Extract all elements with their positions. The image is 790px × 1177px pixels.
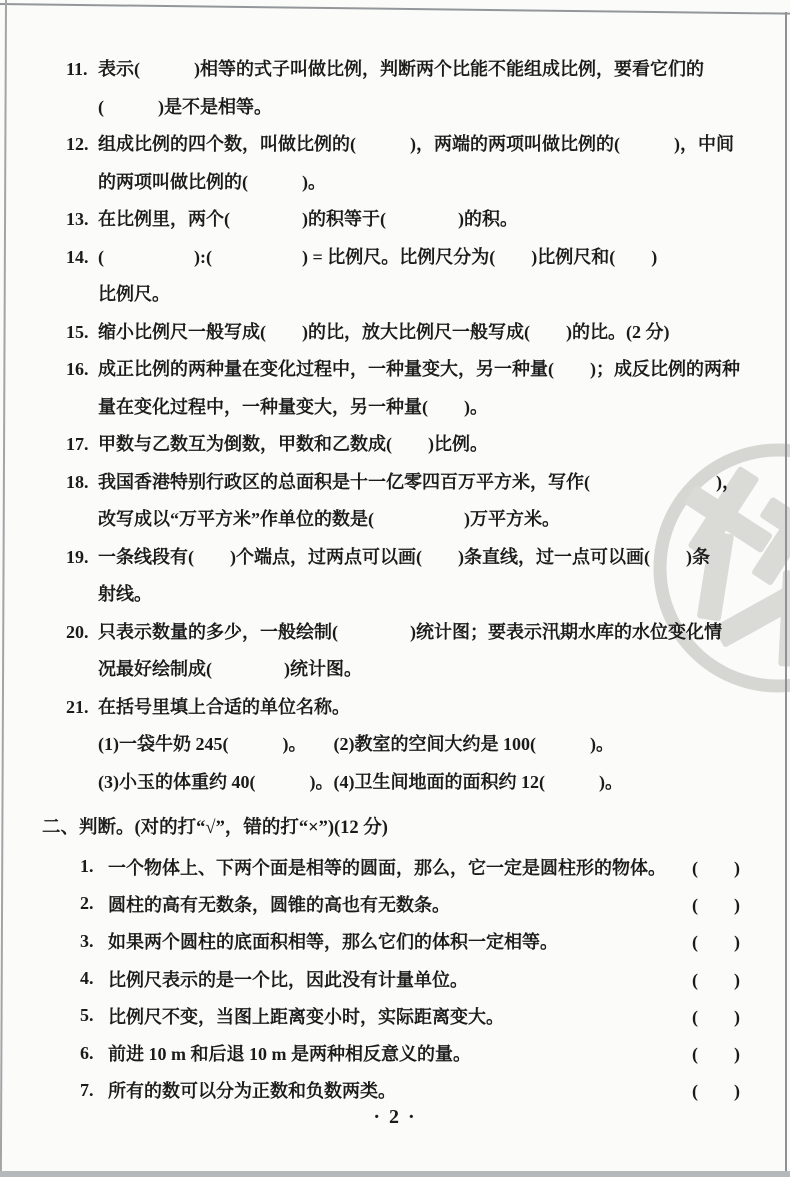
item-text: 如果两个圆柱的底面积相等，那么它们的体积一定相等。 [108, 928, 692, 954]
question-number: 11. [66, 51, 88, 89]
judgment-section-heading: 二、判断。(对的打“√”，错的打“×”)(12 分) [0, 809, 790, 848]
fill-question-12: 12. 组成比例的四个数，叫做比例的( )，两端的两项叫做比例的( )，中间 的… [0, 126, 790, 201]
exam-page: { "page": { "page_number": "· 2 ·", "pap… [0, 0, 790, 1177]
fill-question-15: 15. 缩小比例尺一般写成( )的比，放大比例尺一般写成( )的比。(2 分) [0, 314, 790, 352]
item-text: 所有的数可以分为正数和负数两类。 [108, 1077, 692, 1103]
question-line: 在比例里，两个( )的积等于( )的积。 [98, 201, 790, 239]
question-line: (3)小玉的体重约 40( )。(4)卫生间地面的面积约 12( )。 [98, 764, 790, 802]
question-number: 12. [66, 126, 89, 164]
fill-question-17: 17. 甲数与乙数互为倒数，甲数和乙数成( )比例。 [0, 426, 790, 464]
judgment-item-1: 1. 一个物体上、下两个面是相等的圆面，那么，它一定是圆柱形的物体。 ( ) [0, 848, 790, 885]
question-line: 改写成以“万平方米”作单位的数是( )万平方米。 [98, 501, 790, 539]
question-number: 18. [66, 464, 89, 502]
question-line: 组成比例的四个数，叫做比例的( )，两端的两项叫做比例的( )，中间 [98, 126, 790, 164]
judgment-item-2: 2. 圆柱的高有无数条，圆锥的高也有无数条。 ( ) [0, 885, 790, 922]
answer-blank: ( ) [692, 966, 740, 992]
item-text: 一个物体上、下两个面是相等的圆面，那么，它一定是圆柱形的物体。 [108, 854, 692, 880]
page-edge-bottom-strip [0, 1171, 790, 1177]
fill-question-14: 14. ( ):( ) = 比例尺。比例尺分为( )比例尺和( ) 比例尺。 [0, 239, 790, 314]
fill-question-11: 11. 表示( )相等的式子叫做比例，判断两个比能不能组成比例，要看它们的 ( … [0, 51, 790, 126]
judgment-item-4: 4. 比例尺表示的是一个比，因此没有计量单位。 ( ) [0, 960, 790, 997]
question-line: 表示( )相等的式子叫做比例，判断两个比能不能组成比例，要看它们的 [98, 51, 790, 89]
answer-blank: ( ) [692, 1040, 740, 1066]
answer-blank: ( ) [692, 891, 740, 917]
question-number: 19. [66, 539, 89, 577]
question-line: ( )是不是相等。 [98, 89, 790, 127]
question-line: 射线。 [98, 576, 790, 614]
item-text: 比例尺不变，当图上距离变小时，实际距离变大。 [108, 1003, 692, 1029]
question-line: (1)一袋牛奶 245( )。 (2)教室的空间大约是 100( )。 [98, 726, 790, 764]
judgment-item-5: 5. 比例尺不变，当图上距离变小时，实际距离变大。 ( ) [0, 997, 790, 1034]
item-number: 3. [80, 931, 108, 952]
question-number: 21. [66, 689, 89, 727]
item-number: 7. [80, 1080, 108, 1101]
question-number: 16. [66, 351, 89, 389]
answer-blank: ( ) [692, 854, 740, 880]
answer-blank: ( ) [692, 1077, 740, 1103]
question-number: 17. [66, 426, 89, 464]
question-line: 比例尺。 [98, 276, 790, 314]
fill-in-questions-section: 11. 表示( )相等的式子叫做比例，判断两个比能不能组成比例，要看它们的 ( … [0, 51, 790, 801]
question-line: ( ):( ) = 比例尺。比例尺分为( )比例尺和( ) [98, 239, 790, 277]
item-text: 前进 10 m 和后退 10 m 是两种相反意义的量。 [108, 1040, 692, 1066]
item-text: 圆柱的高有无数条，圆锥的高也有无数条。 [108, 891, 692, 917]
fill-question-13: 13. 在比例里，两个( )的积等于( )的积。 [0, 201, 790, 239]
item-number: 5. [80, 1005, 108, 1026]
item-number: 1. [80, 856, 108, 877]
item-number: 4. [80, 968, 108, 989]
fill-question-18: 18. 我国香港特别行政区的总面积是十一亿零四百万平方米，写作( )， 改写成以… [0, 464, 790, 539]
answer-blank: ( ) [692, 1003, 740, 1029]
answer-blank: ( ) [692, 928, 740, 954]
question-line: 只表示数量的多少，一般绘制( )统计图；要表示汛期水库的水位变化情 [98, 614, 790, 652]
judgment-section: 二、判断。(对的打“√”，错的打“×”)(12 分) 1. 一个物体上、下两个面… [0, 809, 790, 1109]
question-line: 我国香港特别行政区的总面积是十一亿零四百万平方米，写作( )， [98, 464, 790, 502]
fill-question-20: 20. 只表示数量的多少，一般绘制( )统计图；要表示汛期水库的水位变化情 况最… [0, 614, 790, 689]
question-line: 甲数与乙数互为倒数，甲数和乙数成( )比例。 [98, 426, 790, 464]
judgment-item-7: 7. 所有的数可以分为正数和负数两类。 ( ) [0, 1072, 790, 1109]
question-number: 15. [66, 314, 89, 352]
judgment-item-3: 3. 如果两个圆柱的底面积相等，那么它们的体积一定相等。 ( ) [0, 923, 790, 960]
fill-question-19: 19. 一条线段有( )个端点，过两点可以画( )条直线，过一点可以画( )条 … [0, 539, 790, 614]
question-line: 的两项叫做比例的( )。 [98, 164, 790, 202]
question-line: 况最好绘制成( )统计图。 [98, 651, 790, 689]
question-number: 14. [66, 239, 89, 277]
question-line: 量在变化过程中，一种量变大，另一种量( )。 [98, 389, 790, 427]
question-line: 一条线段有( )个端点，过两点可以画( )条直线，过一点可以画( )条 [98, 539, 790, 577]
question-number: 13. [66, 201, 89, 239]
item-number: 2. [80, 893, 108, 914]
question-line: 缩小比例尺一般写成( )的比，放大比例尺一般写成( )的比。(2 分) [98, 314, 790, 352]
item-text: 比例尺表示的是一个比，因此没有计量单位。 [108, 966, 692, 992]
item-number: 6. [80, 1043, 108, 1064]
question-line: 成正比例的两种量在变化过程中，一种量变大，另一种量( )；成反比例的两种 [98, 351, 790, 389]
page-number: · 2 · [0, 1106, 790, 1129]
question-number: 20. [66, 614, 89, 652]
fill-question-21: 21. 在括号里填上合适的单位名称。 (1)一袋牛奶 245( )。 (2)教室… [0, 689, 790, 802]
judgment-item-6: 6. 前进 10 m 和后退 10 m 是两种相反意义的量。 ( ) [0, 1034, 790, 1071]
question-line: 在括号里填上合适的单位名称。 [98, 689, 790, 727]
fill-question-16: 16. 成正比例的两种量在变化过程中，一种量变大，另一种量( )；成反比例的两种… [0, 351, 790, 426]
exam-content: 11. 表示( )相等的式子叫做比例，判断两个比能不能组成比例，要看它们的 ( … [0, 0, 790, 1109]
